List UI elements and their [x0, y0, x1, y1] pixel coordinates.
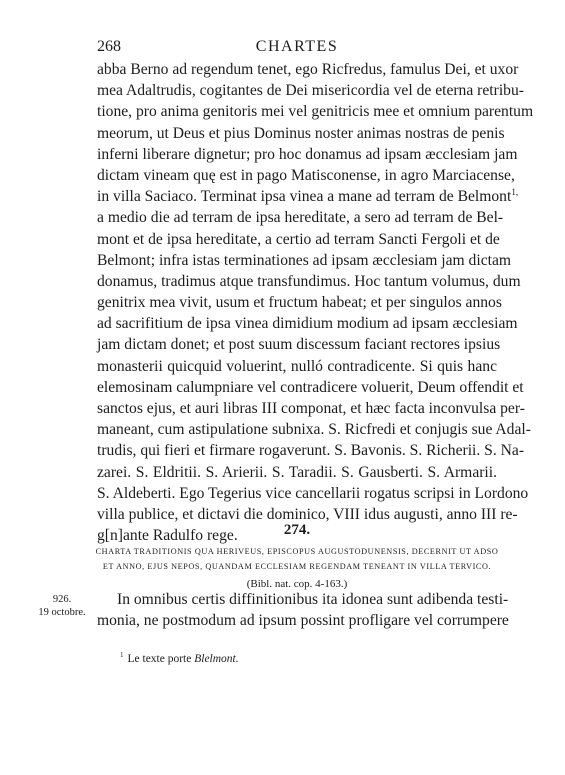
text-line: elemosinam calumpniare vel contradicere … [97, 377, 497, 398]
text-line: a medio die ad terram de ipsa hereditate… [97, 207, 497, 228]
text-line: ad sacrifitium de ipsa vinea dimidium mo… [97, 313, 497, 334]
summary-line: CHARTA TRADITIONIS QUA HERIVEUS, EPISCOP… [62, 544, 532, 559]
text-line: mont et de ipsa hereditate, a certio ad … [97, 229, 497, 250]
text-line: trudis, qui fieri et firmare rogaverunt.… [97, 440, 497, 461]
footnote-italic-text: Blelmont. [194, 653, 238, 665]
text-line: inferni liberare dignetur; pro hoc donam… [97, 144, 497, 165]
text-line: S. Aldeberti. Ego Tegerius vice cancella… [97, 483, 497, 504]
text-line: sanctos ejus, et auri libras III compona… [97, 398, 497, 419]
footnote-mark: 1 [120, 651, 124, 659]
summary-line: ET ANNO, EJUS NEPOS, QUANDAM ECCLESIAM R… [62, 559, 532, 574]
text-line: mea Adaltrudis, cogitantes de Dei miseri… [97, 80, 497, 101]
text-line: zarei. S. Eldritii. S. Arierii. S. Tarad… [97, 462, 497, 483]
text-line: in villa Saciaco. Terminat ipsa vinea a … [97, 188, 511, 205]
text-line: abba Berno ad regendum tenet, ego Ricfre… [97, 59, 497, 80]
margin-date-year: 926. [24, 593, 100, 606]
footnote: 1Le texte porte Blelmont. [120, 651, 239, 665]
charter-summary: CHARTA TRADITIONIS QUA HERIVEUS, EPISCOP… [62, 544, 532, 574]
text-line: jam dictam donet; et post suum discessum… [97, 334, 497, 355]
footnote-reference: 1, [511, 187, 518, 197]
text-line: maneant, cum astipulatione subnixa. S. R… [97, 419, 497, 440]
footnote-text: Le texte porte [128, 653, 195, 665]
running-title: CHARTES [97, 38, 497, 56]
text-line-with-footnote: in villa Saciaco. Terminat ipsa vinea a … [97, 186, 497, 207]
running-head: 268 CHARTES [97, 38, 497, 60]
margin-date: 926. 19 octobre. [24, 593, 100, 619]
text-line: donamus, tradimus atque transfundimus. H… [97, 271, 497, 292]
text-line: dictam vineam quę est in pago Matisconen… [97, 165, 497, 186]
text-line: genitrix mea vivit, usum et fructum habe… [97, 292, 497, 313]
charter-text: In omnibus certis diffinitionibus ita id… [97, 589, 497, 631]
margin-date-day: 19 octobre. [24, 606, 100, 619]
continued-charter-text: abba Berno ad regendum tenet, ego Ricfre… [97, 59, 497, 546]
text-line: meorum, ut Deus et pius Dominus noster a… [97, 123, 497, 144]
text-line: In omnibus certis diffinitionibus ita id… [97, 589, 497, 610]
text-line: monia, ne postmodum ad ipsum possint pro… [97, 610, 497, 631]
document-page: 268 CHARTES abba Berno ad regendum tenet… [0, 0, 565, 775]
text-line: Belmont; infra istas terminationes ad ip… [97, 250, 497, 271]
charter-number: 274. [97, 522, 497, 539]
text-line: monasterii quicquid voluerint, nulló con… [97, 356, 497, 377]
text-line: tione, pro anima genitoris mei vel genit… [97, 101, 497, 122]
